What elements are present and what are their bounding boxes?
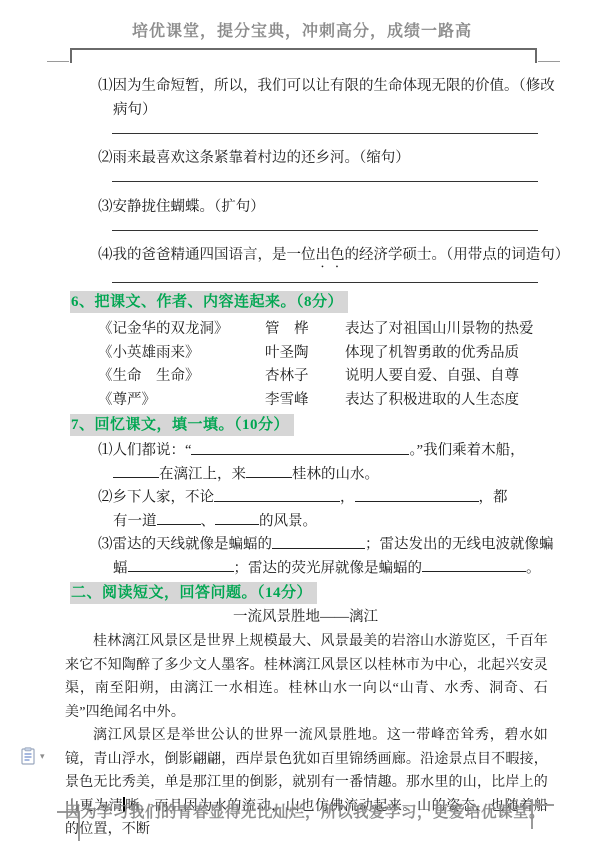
question-4-pre: ⑷我的爸爸精通四国语言，是一位 [98,247,316,263]
answer-line-1[interactable] [112,122,538,134]
match-row: 《记金华的双龙洞》 管 桦 表达了对祖国山川景物的热爱 [98,318,546,342]
fill-text: ；雷达的荧光屏就像是蝙蝠的 [234,560,423,576]
author-name: 杏林子 [265,365,345,389]
clipboard-paste-icon [21,747,37,765]
match-row: 《小英雄雨来》 叶圣陶 体现了机智勇敢的优秀品质 [98,342,546,366]
fill-text: 有一道 [113,513,157,529]
content-desc: 体现了机智勇敢的优秀品质 [345,342,546,366]
chevron-down-icon: ▾ [40,751,45,761]
section-7-heading: 7、回忆课文，填一填。（10分） [70,414,604,436]
answer-blank[interactable] [422,557,526,573]
document-body: ⑴因为生命短暂，所以，我们可以让有限的生命体现无限的价值。（修改 病句） ⑵雨来… [0,66,604,842]
margin-mark-top-right [538,61,560,62]
author-name: 叶圣陶 [265,342,345,366]
content-desc: 表达了积极进取的人生态度 [345,389,546,413]
fill-text: 、 [201,513,216,529]
fill-text: 蝠 [113,560,128,576]
question-4: ⑷我的爸爸精通四国语言，是一位出色的经济学硕士。（用带点的词造句） [98,243,546,271]
page-header-text: 培优课堂，提分宝典，冲刺高分，成绩一路高 [0,0,604,44]
question-2: ⑵雨来最喜欢这条紧靠着村边的还乡河。（缩句） [98,146,546,170]
course-title: 《小英雄雨来》 [98,342,265,366]
answer-blank[interactable] [214,486,340,502]
fill-text: ，都 [479,490,508,506]
paste-options-button[interactable]: ▾ [21,747,45,765]
section-7-title: 7、回忆课文，填一填。（10分） [70,414,294,436]
section-6-title: 6、把课文、作者、内容连起来。（8分） [70,291,348,313]
answer-blank[interactable] [128,557,234,573]
content-desc: 表达了对祖国山川景物的热爱 [345,318,546,342]
header-rule [70,48,537,50]
fill-text: 在漓江上，来 [159,466,246,482]
fill-text: ⑴人们都说：“ [98,443,191,459]
answer-blank[interactable] [355,486,479,502]
question-1-line2: 病句） [113,98,546,122]
fill-blank-line: ⑵乡下人家，不论，，都 [98,486,546,510]
fill-text: ⑵乡下人家，不论 [98,490,214,506]
question-4-emphasized-word: 出色 [316,247,345,263]
answer-blank[interactable] [246,463,292,479]
course-title: 《尊严》 [98,389,265,413]
author-name: 管 桦 [265,318,345,342]
course-title: 《记金华的双龙洞》 [98,318,265,342]
answer-blank[interactable] [272,533,365,549]
fill-blank-line: 蝠；雷达的荧光屏就像是蝙蝠的。 [113,557,546,581]
match-row: 《生命 生命》 杏林子 说明人要自爱、自强、自尊 [98,365,546,389]
fill-text: ；雷达发出的无线电波就像蝙 [365,537,554,553]
answer-blank[interactable] [157,510,201,526]
question-4-post: 的经济学硕士。（用带点的词造句） [345,247,570,263]
fill-blank-line: ⑶雷达的天线就像是蝙蝠的；雷达发出的无线电波就像蝙 [98,533,546,557]
author-name: 李雪峰 [265,389,345,413]
fill-text: 的风景。 [259,513,317,529]
answer-line-3[interactable] [112,219,538,231]
question-1-line1: ⑴因为生命短暂，所以，我们可以让有限的生命体现无限的价值。（修改 [98,74,546,98]
passage-paragraph-1: 桂林漓江风景区是世界上规模最大、风景最美的岩溶山水游览区，千百年来它不知陶醉了多… [65,630,548,724]
answer-line-2[interactable] [112,170,538,182]
fill-text: 桂林的山水。 [292,466,379,482]
fill-blank-line: ⑴人们都说：“。”我们乘着木船， [98,439,546,463]
fill-blank-line: 在漓江上，来桂林的山水。 [113,463,546,487]
page-footer-text: 因为学习我们的青春显得无比灿烂，所以我爱学习，更爱培优课堂。 [64,802,546,824]
passage-title: 一流风景胜地——漓江 [65,606,546,628]
answer-blank[interactable] [113,463,159,479]
section-reading-heading: 二、阅读短文，回答问题。（14分） [70,582,604,604]
document-page: 培优课堂，提分宝典，冲刺高分，成绩一路高 ⑴因为生命短暂，所以，我们可以让有限的… [0,0,604,854]
match-row: 《尊严》 李雪峰 表达了积极进取的人生态度 [98,389,546,413]
fill-text: ⑶雷达的天线就像是蝙蝠的 [98,537,272,553]
answer-blank[interactable] [215,510,259,526]
fill-text: 。”我们乘着木船， [409,443,524,459]
fill-blank-line: 有一道、的风景。 [113,510,546,534]
section-reading-title: 二、阅读短文，回答问题。（14分） [70,582,317,604]
fill-text: 。 [526,560,541,576]
fill-text: ， [340,490,355,506]
answer-line-4[interactable] [112,271,538,283]
question-3: ⑶安静拢住蝴蝶。（扩句） [98,195,546,219]
content-desc: 说明人要自爱、自强、自尊 [345,365,546,389]
margin-mark-top-left [47,61,69,62]
answer-blank[interactable] [191,439,409,455]
course-title: 《生命 生命》 [98,365,265,389]
section-6-heading: 6、把课文、作者、内容连起来。（8分） [70,291,604,313]
